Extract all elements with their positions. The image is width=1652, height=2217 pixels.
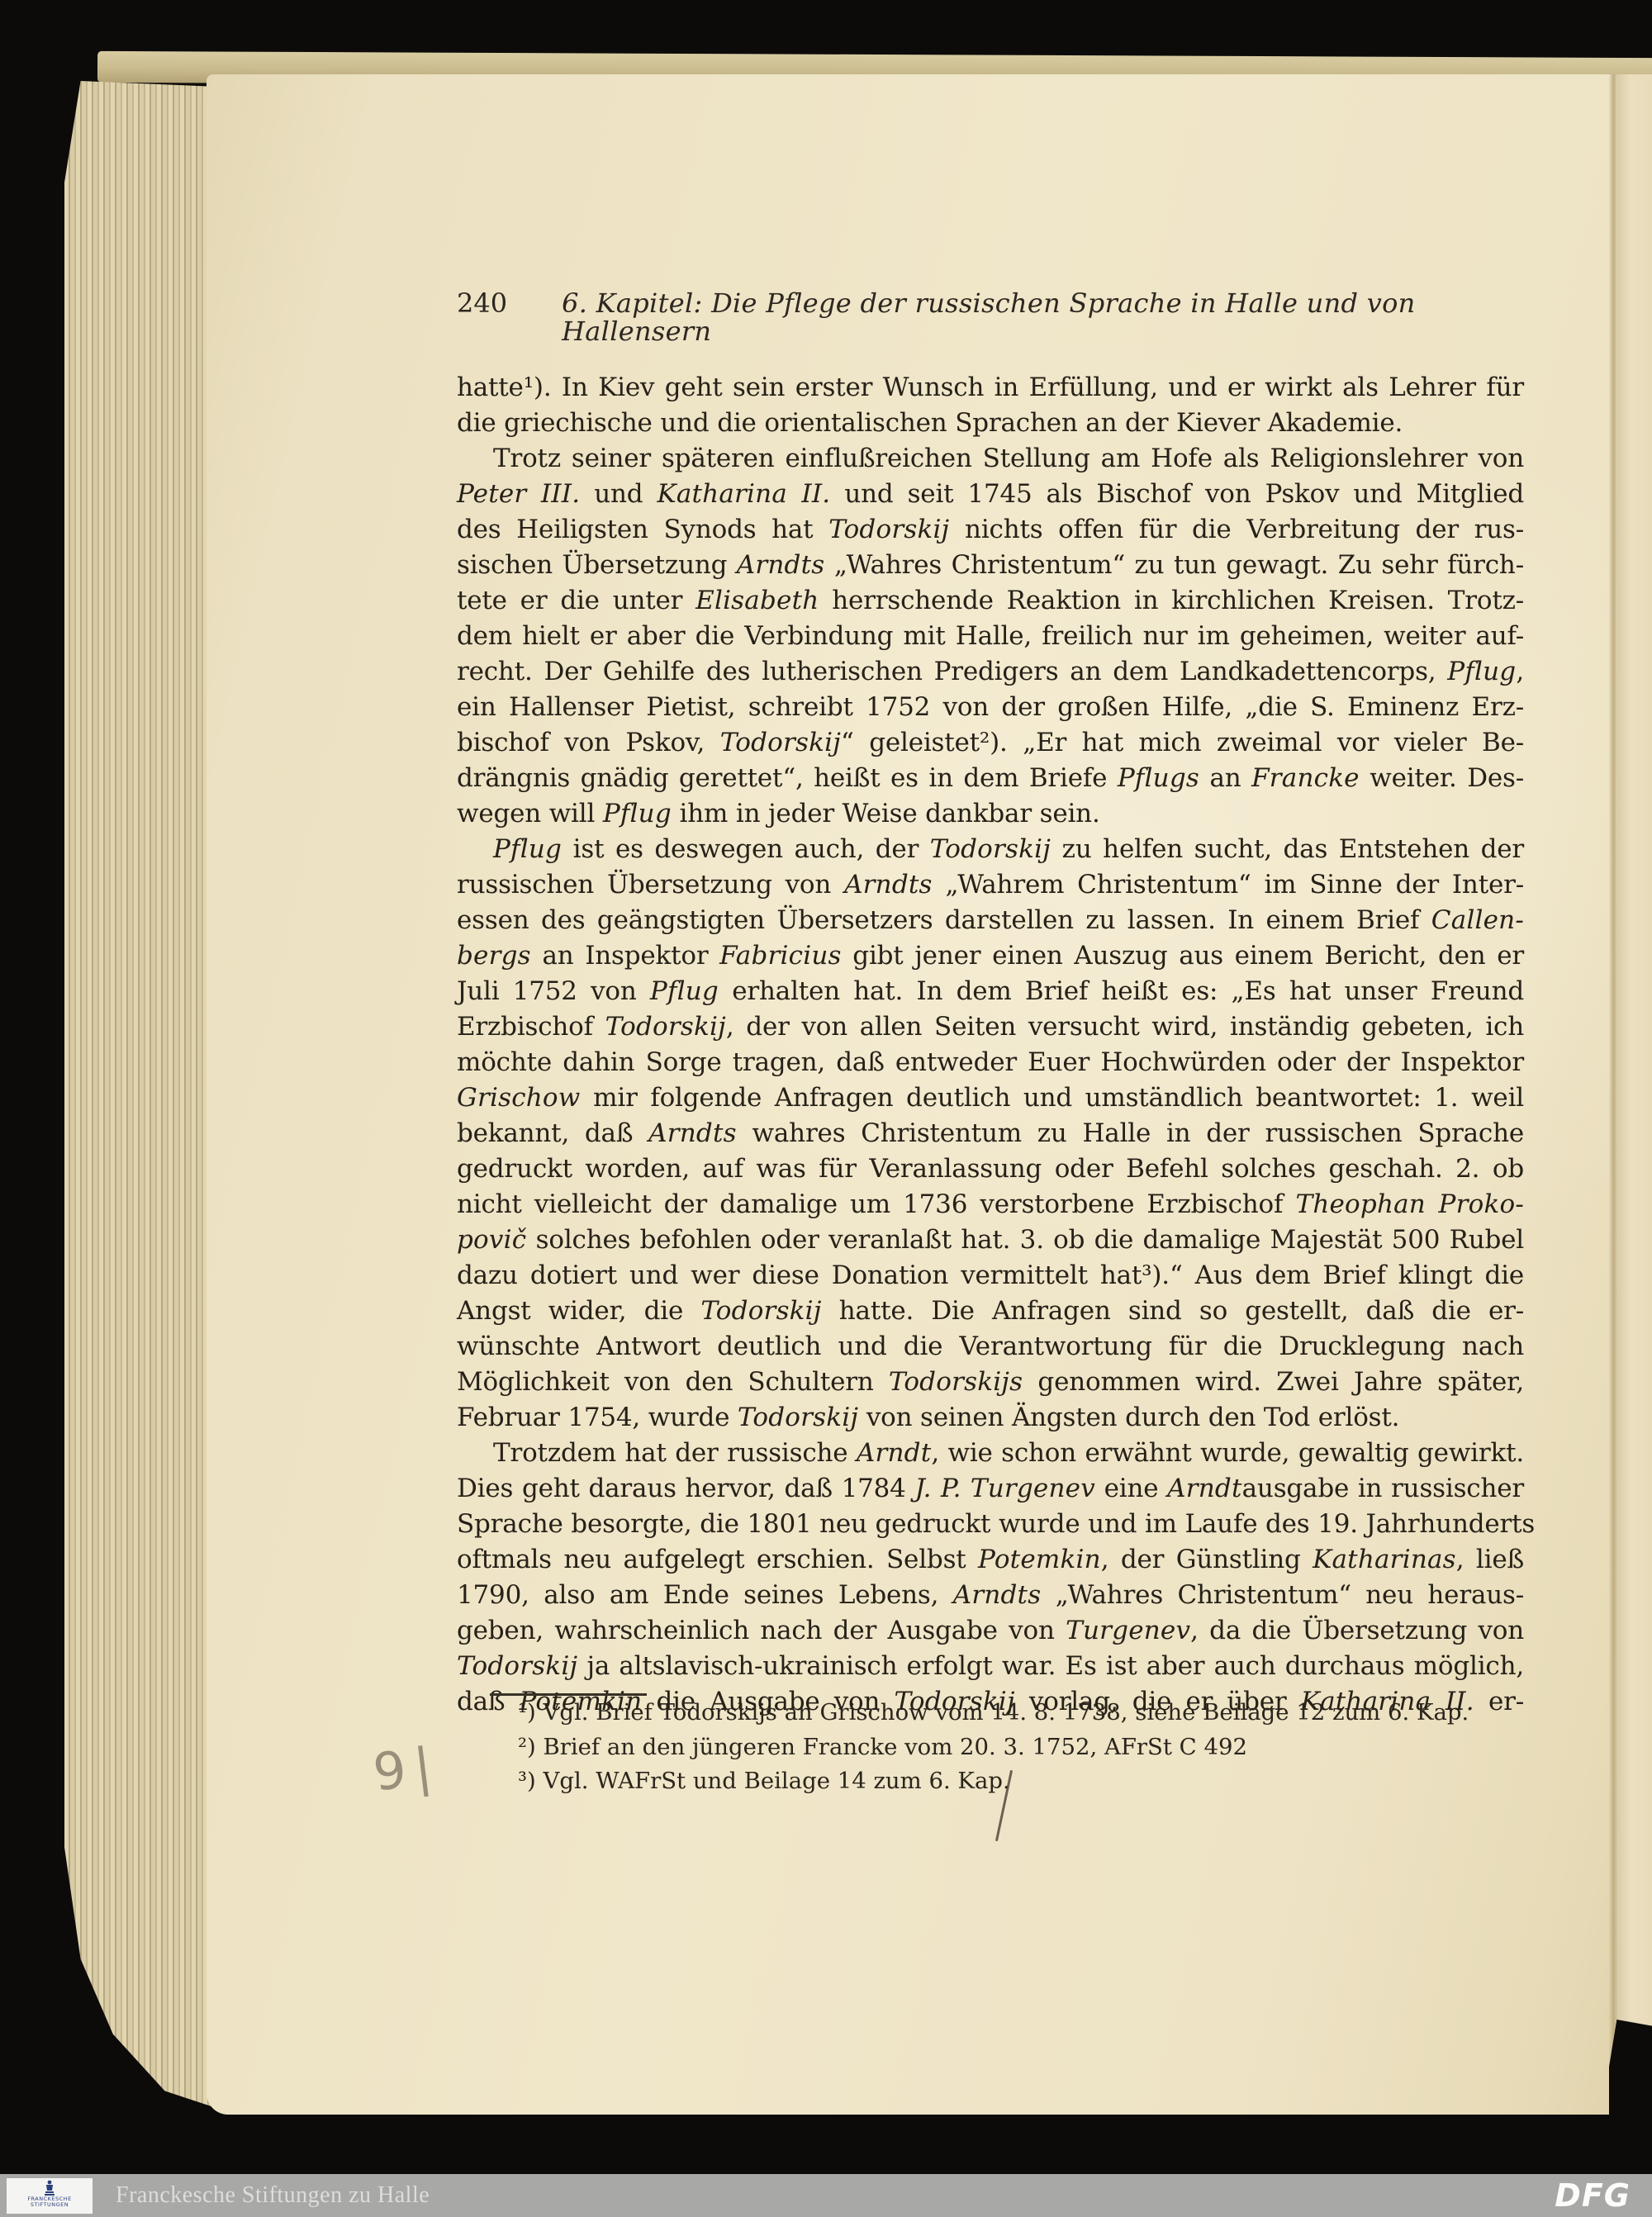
text-line: Erzbischof Todorskij, der von allen Seit… xyxy=(457,1009,1524,1045)
paragraph: Trotzdem hat der russische Arndt, wie sc… xyxy=(457,1436,1524,1720)
franckesche-logo-icon xyxy=(42,2180,57,2196)
text-line: bekannt, daß Arndts wahres Christentum z… xyxy=(457,1116,1524,1151)
text-line: povič solches befohlen oder veranlaßt ha… xyxy=(457,1222,1524,1258)
text-line: russischen Übersetzung von Arndts „Wahre… xyxy=(457,867,1524,903)
running-head: 240 6. Kapitel: Die Pflege der russische… xyxy=(457,289,1524,345)
text-line: drängnis gnädig gerettet“, heißt es in d… xyxy=(457,761,1524,796)
text-line: Todorskij ja altslavisch-ukrainisch erfo… xyxy=(457,1649,1524,1684)
paragraph: Trotz seiner späteren einflußreichen Ste… xyxy=(457,441,1524,832)
text-line: nicht vielleicht der damalige um 1736 ve… xyxy=(457,1187,1524,1222)
footnote-lines: ¹) Vgl. Brief Todorskijs an Grischow vom… xyxy=(457,1696,1524,1799)
text-line: dazu dotiert und wer diese Donation verm… xyxy=(457,1258,1524,1294)
text-line: Sprache besorgte, die 1801 neu gedruckt … xyxy=(457,1507,1524,1542)
photo-background-notch xyxy=(1609,2020,1652,2177)
text-line: oftmals neu aufgelegt erschien. Selbst P… xyxy=(457,1542,1524,1578)
page-stack-edges xyxy=(64,81,226,2111)
body-text: hatte¹). In Kiev geht sein erster Wunsch… xyxy=(457,370,1524,1720)
footnote-line: ²) Brief an den jüngeren Francke vom 20.… xyxy=(457,1730,1524,1765)
scanned-book-page-photo: 240 6. Kapitel: Die Pflege der russische… xyxy=(0,0,1652,2217)
text-line: hatte¹). In Kiev geht sein erster Wunsch… xyxy=(457,370,1524,406)
institution-label: Franckesche Stiftungen zu Halle xyxy=(116,2174,430,2217)
footnote-line: ³) Vgl. WAFrSt und Beilage 14 zum 6. Kap… xyxy=(457,1764,1524,1799)
text-line: essen des geängstigten Übersetzers darst… xyxy=(457,903,1524,938)
text-line: ein Hallenser Pietist, schreibt 1752 von… xyxy=(457,690,1524,725)
text-line: Grischow mir folgende Anfragen deutlich … xyxy=(457,1080,1524,1116)
text-line: gedruckt worden, auf was für Veranlassun… xyxy=(457,1151,1524,1187)
text-line: recht. Der Gehilfe des lutherischen Pred… xyxy=(457,654,1524,690)
text-line: dem hielt er aber die Verbindung mit Hal… xyxy=(457,619,1524,654)
chapter-title: 6. Kapitel: Die Pflege der russischen Sp… xyxy=(562,289,1524,345)
text-block: 240 6. Kapitel: Die Pflege der russische… xyxy=(457,289,1524,1720)
text-line: Trotz seiner späteren einflußreichen Ste… xyxy=(457,441,1524,477)
text-line: wegen will Pflug ihm in jeder Weise dank… xyxy=(457,796,1524,832)
text-line: Juli 1752 von Pflug erhalten hat. In dem… xyxy=(457,974,1524,1009)
dfg-logo: DFG xyxy=(1555,2174,1631,2217)
logo-text-line2: STIFTUNGEN xyxy=(31,2202,69,2208)
text-line: Februar 1754, wurde Todorskij von seinen… xyxy=(457,1400,1524,1436)
text-line: die griechische und die orientalischen S… xyxy=(457,406,1524,441)
page-number: 240 xyxy=(457,289,507,317)
paragraph: hatte¹). In Kiev geht sein erster Wunsch… xyxy=(457,370,1524,441)
text-line: Dies geht daraus hervor, daß 1784 J. P. … xyxy=(457,1471,1524,1507)
text-line: des Heiligsten Synods hat Todorskij nich… xyxy=(457,512,1524,548)
text-line: Angst wider, die Todorskij hatte. Die An… xyxy=(457,1294,1524,1329)
page-gutter-crease xyxy=(1609,74,1617,2115)
facing-page-strip xyxy=(1617,74,1652,2115)
text-line: wünschte Antwort deutlich und die Verant… xyxy=(457,1329,1524,1365)
viewer-footer-bar: FRANCKESCHE STIFTUNGEN Franckesche Stift… xyxy=(0,2174,1652,2217)
text-line: Peter III. und Katharina II. und seit 17… xyxy=(457,477,1524,512)
text-line: möchte dahin Sorge tragen, daß entweder … xyxy=(457,1045,1524,1080)
text-line: geben, wahrscheinlich nach der Ausgabe v… xyxy=(457,1613,1524,1649)
footnotes: ¹) Vgl. Brief Todorskijs an Grischow vom… xyxy=(457,1693,1524,1799)
footnote-line: ¹) Vgl. Brief Todorskijs an Grischow vom… xyxy=(457,1696,1524,1730)
text-line: Trotzdem hat der russische Arndt, wie sc… xyxy=(457,1436,1524,1471)
paragraph: Pflug ist es deswegen auch, der Todorski… xyxy=(457,832,1524,1436)
text-line: tete er die unter Elisabeth herrschende … xyxy=(457,583,1524,619)
text-line: Pflug ist es deswegen auch, der Todorski… xyxy=(457,832,1524,867)
franckesche-logo: FRANCKESCHE STIFTUNGEN xyxy=(7,2178,93,2214)
text-line: bischof von Pskov, Todorskij“ geleistet²… xyxy=(457,725,1524,761)
handwritten-margin-mark: 9| xyxy=(370,1735,444,1802)
text-line: Möglichkeit von den Schultern Todorskijs… xyxy=(457,1365,1524,1400)
text-line: bergs an Inspektor Fabricius gibt jener … xyxy=(457,938,1524,974)
text-line: sischen Übersetzung Arndts „Wahres Chris… xyxy=(457,548,1524,583)
text-line: 1790, also am Ende seines Lebens, Arndts… xyxy=(457,1578,1524,1613)
